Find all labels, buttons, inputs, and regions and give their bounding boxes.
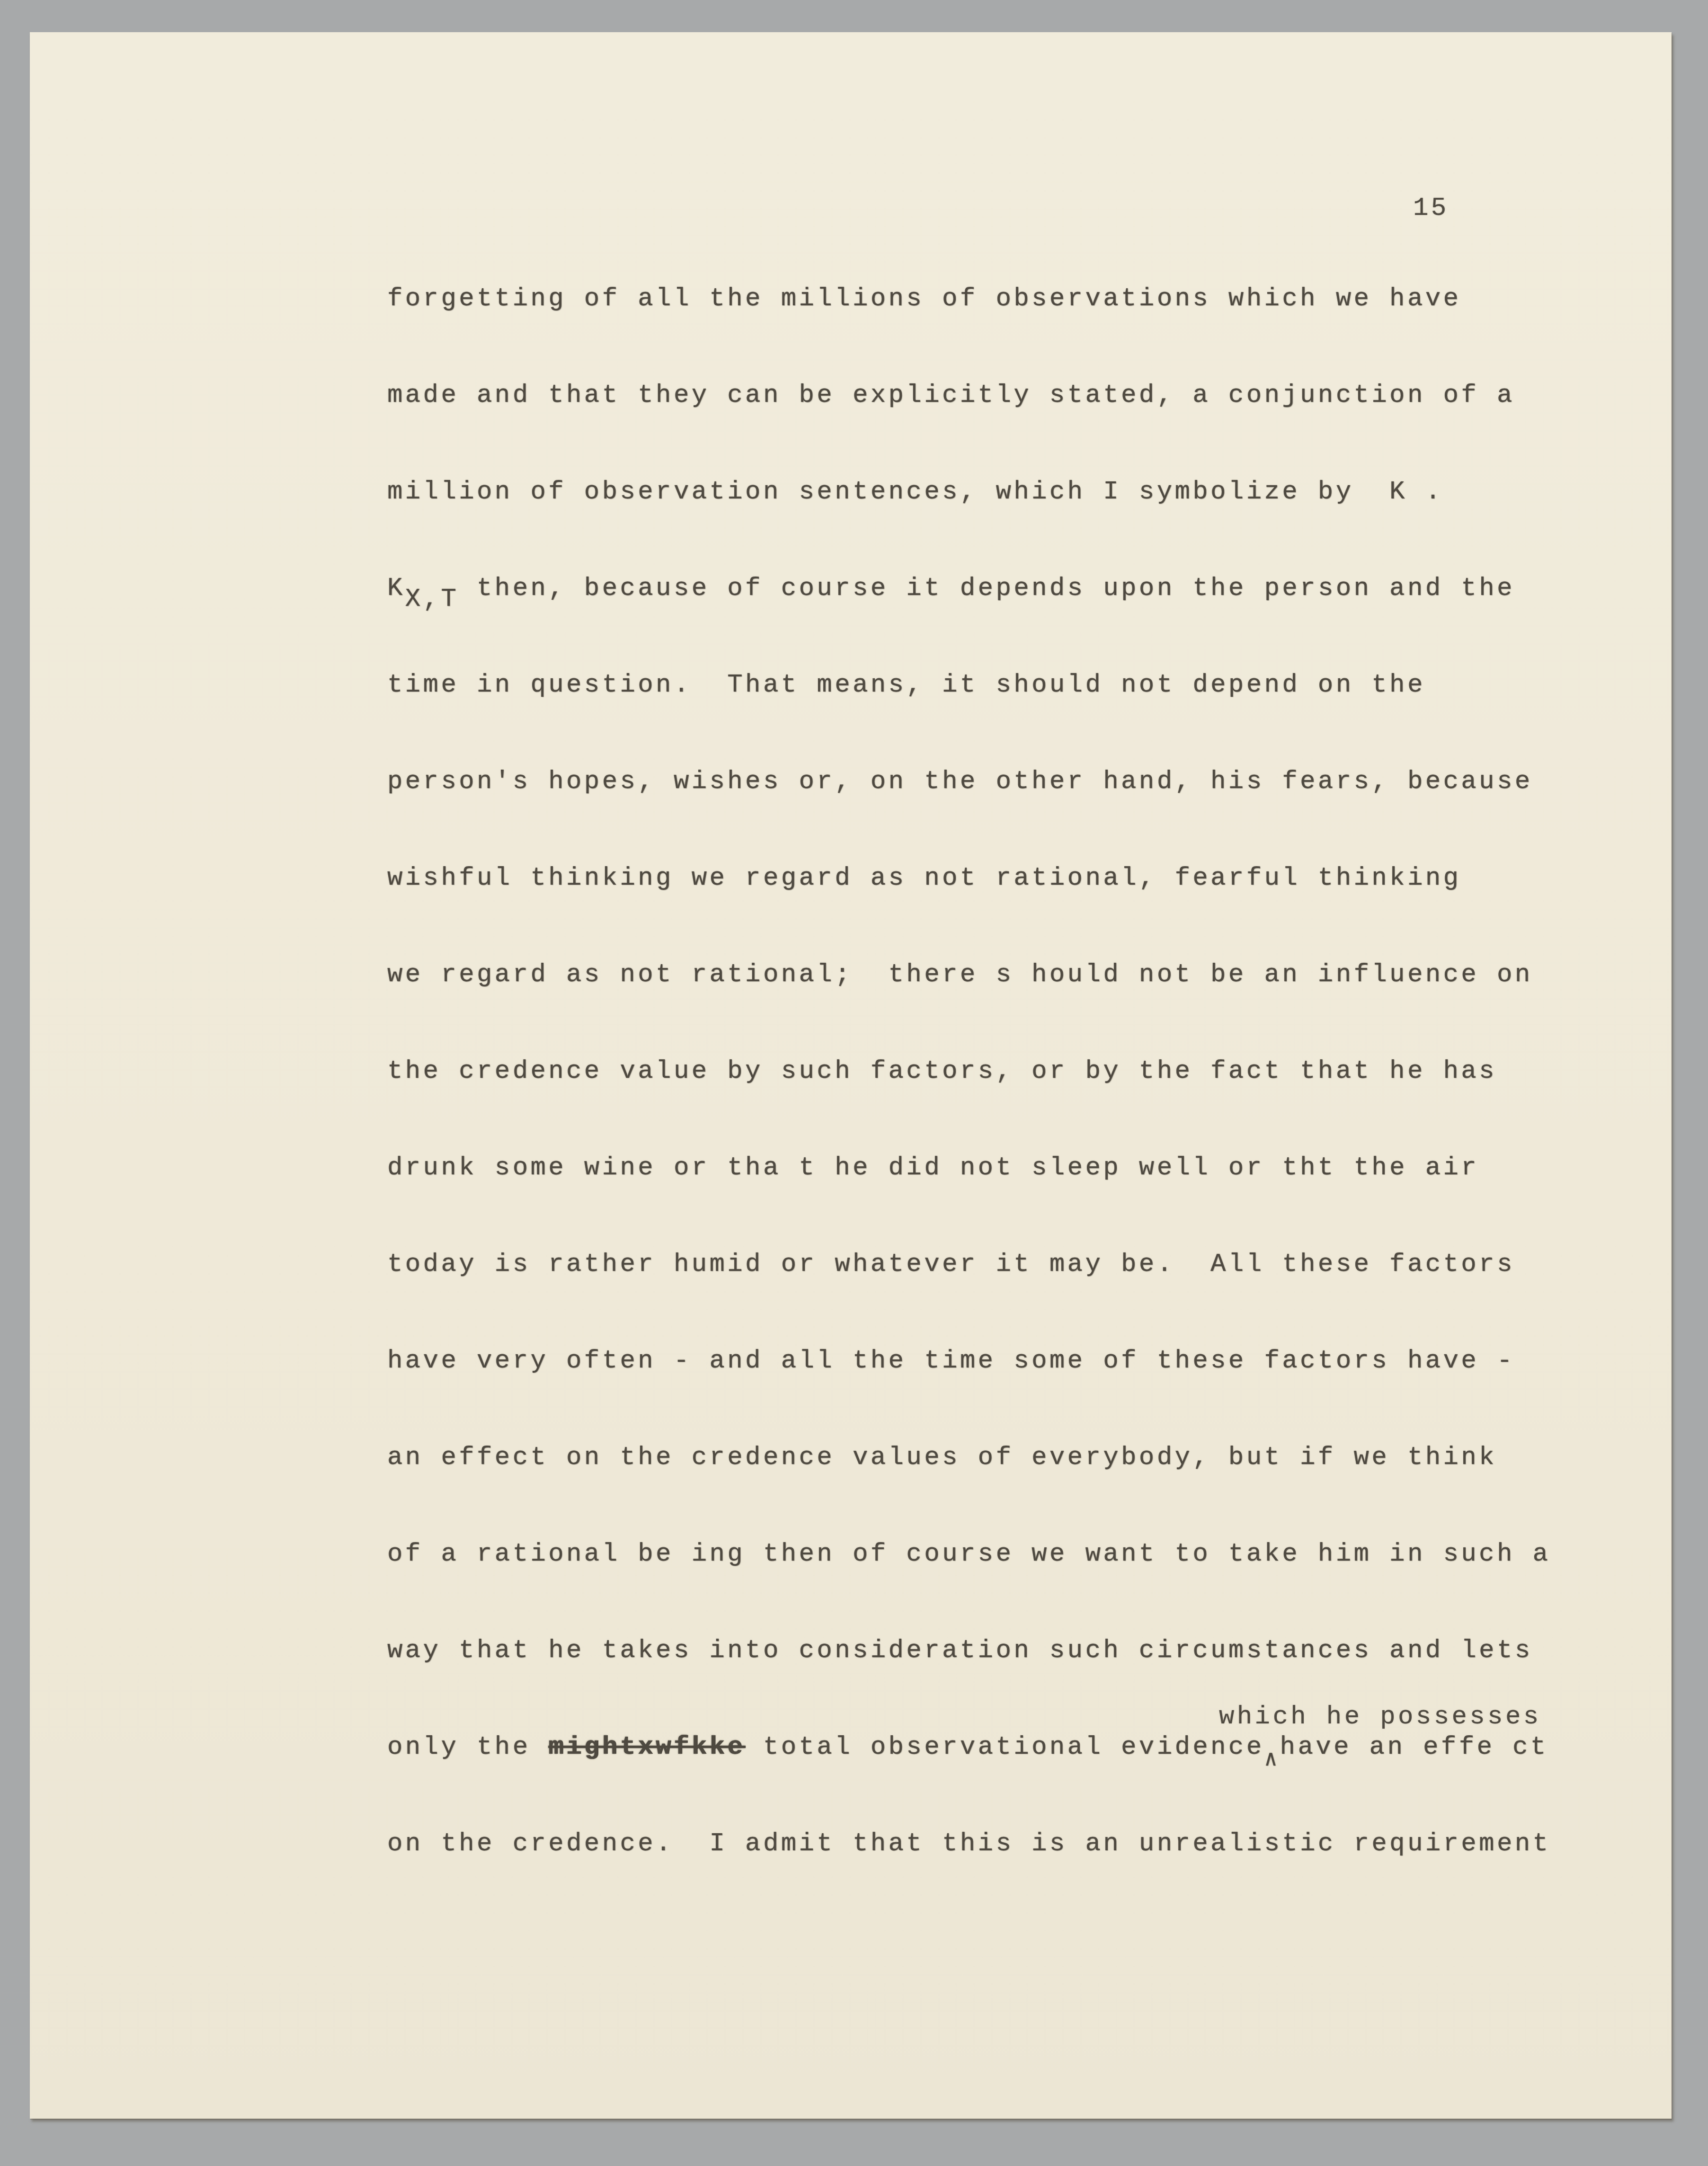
symbol-k-subscript: X,T: [405, 585, 459, 614]
typed-line: time in question. That means, it should …: [387, 673, 1425, 698]
document-page: 15 forgetting of all the millions of obs…: [30, 32, 1672, 2119]
typed-segment: have an effe ct: [1280, 1733, 1548, 1762]
page-number: 15: [1413, 194, 1449, 223]
struck-out-word: mightxwfkke: [548, 1733, 745, 1762]
interlinear-insertion: which he possesses: [1219, 1703, 1541, 1731]
typed-line: have very often - and all the time some …: [387, 1349, 1515, 1374]
typed-line: an effect on the credence values of ever…: [387, 1445, 1497, 1471]
insertion-caret: ∧: [1264, 1748, 1280, 1772]
typed-line: way that he takes into consideration suc…: [387, 1638, 1533, 1664]
typed-line-rest: then, because of course it depends upon …: [459, 574, 1515, 603]
typed-segment: total observational evidence: [745, 1733, 1264, 1762]
typed-line: of a rational be ing then of course we w…: [387, 1542, 1550, 1567]
scanned-typescript-page: { "annotations": { "archive_number": "08…: [0, 0, 1708, 2166]
typed-line: we regard as not rational; there s hould…: [387, 962, 1533, 988]
typed-line-k-subscript: KX,T then, because of course it depends …: [387, 576, 1515, 602]
typed-line: wishful thinking we regard as not ration…: [387, 866, 1461, 891]
typed-line: person's hopes, wishes or, on the other …: [387, 769, 1533, 795]
typed-segment: only the: [387, 1733, 548, 1762]
typed-line-with-correction: only the mightxwfkke total observational…: [387, 1735, 1548, 1760]
typed-line: million of observation sentences, which …: [387, 479, 1443, 505]
typed-line: on the credence. I admit that this is an…: [387, 1831, 1550, 1857]
typed-line: the credence value by such factors, or b…: [387, 1059, 1497, 1084]
typed-line: made and that they can be explicitly sta…: [387, 383, 1515, 408]
typed-line: today is rather humid or whatever it may…: [387, 1252, 1515, 1278]
symbol-k: K: [387, 574, 405, 603]
typed-line: drunk some wine or tha t he did not slee…: [387, 1155, 1479, 1181]
typed-line: forgetting of all the millions of observ…: [387, 286, 1461, 312]
